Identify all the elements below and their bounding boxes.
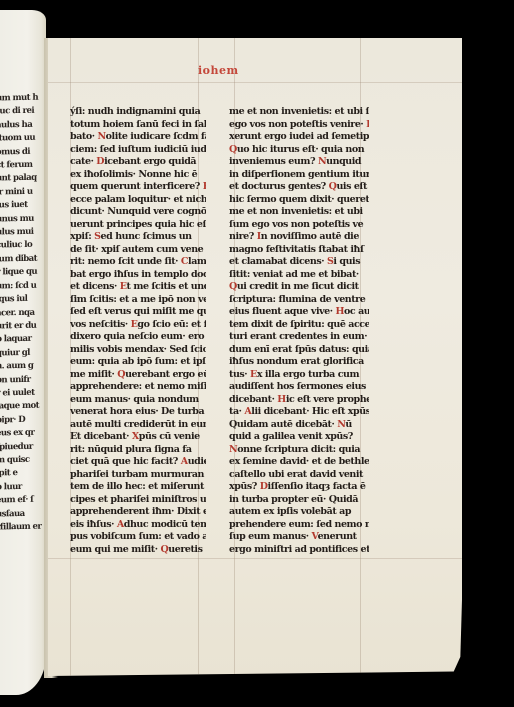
text-line: et dicens· Et me ſcitis et unde	[70, 281, 206, 294]
rubricated-initial: A	[117, 519, 124, 530]
rubricated-initial: E	[120, 281, 127, 292]
text-line: de ſit· xpiſ autem cum vene	[70, 244, 206, 257]
rubricated-initial: E	[203, 181, 206, 192]
text-line: eum: quia ab ipō ſum: et ipſe	[70, 356, 206, 369]
text-line: phariſei turbam murmuran	[70, 469, 206, 482]
text-line: apprehendere: et nemo miſit ī	[70, 381, 206, 394]
text-line: ſcriptura: flumina de ventre	[229, 294, 369, 307]
text-line: pus vobiſcum ſum: et vado ad	[70, 531, 206, 544]
text-line: vos neſcitis· Ego ſcio eū: et ſi	[70, 319, 206, 332]
left-page-line: culiuc lo	[0, 239, 46, 253]
rubricated-initial: N	[318, 156, 326, 167]
left-page-line: omus di	[0, 145, 46, 159]
text-line: apprehenderent iħm· Dixit ergo	[70, 506, 206, 519]
text-line: Quidam autē dicebāt· Nū	[229, 419, 369, 432]
text-line: Qui credit in me ſicut dicit	[229, 281, 369, 294]
text-line: tus· Ex illa ergo turba cum	[229, 369, 369, 382]
rubricated-initial: E	[131, 319, 138, 330]
text-line: inveniemus eum? Nunquid	[229, 156, 369, 169]
rubricated-initial: N	[229, 444, 237, 455]
text-line: in diſperſionem gentium iturus ē	[229, 169, 369, 182]
rubricated-initial: H	[277, 394, 286, 405]
left-page-line: eus ex qr	[0, 427, 46, 441]
text-line: totum hoiem ſanū feci in ſab	[70, 119, 206, 132]
rubricated-initial: Q	[229, 144, 237, 155]
left-page-line: r ei uulet	[0, 387, 46, 401]
text-line: prehendere eum: ſed nemo miſit	[229, 519, 369, 532]
text-line: cipes et phariſei miniſtros ut	[70, 494, 206, 507]
rubricated-initial: C	[181, 256, 188, 267]
left-page-line: um: ſcd u	[0, 279, 46, 293]
text-line: bat ergo iħſus in templo docēs	[70, 269, 206, 282]
ruling-line-top	[48, 82, 462, 83]
left-page-line: bipr· D	[0, 413, 46, 427]
left-page-text: um mut hIuc di reiaulus haituom uuomus d…	[0, 92, 46, 535]
left-page-line: ituom uu	[0, 132, 46, 146]
ruling-line-bottom	[48, 558, 462, 559]
rubricated-initial: N	[337, 419, 345, 430]
rubricated-initial: V	[312, 531, 318, 542]
text-line: tem dixit de ſpiritu: quē accep	[229, 319, 369, 332]
left-page-line: r lique qu	[0, 266, 46, 280]
left-page-line: ir mini u	[0, 185, 46, 199]
rubricated-initial: I	[257, 231, 261, 242]
left-page-line: pn unifr	[0, 373, 46, 387]
rubricated-initial: S	[94, 231, 100, 242]
rubricated-initial: A	[244, 406, 251, 417]
text-line: rit: nūquid plura ſigna fa	[70, 444, 206, 457]
rubricated-initial: D	[366, 119, 369, 130]
text-line: et clamabat dicens· Si quis	[229, 256, 369, 269]
text-line: magno feſtivitatis ſtabat iħſ	[229, 244, 369, 257]
left-page-line: n. aum g	[0, 360, 46, 374]
text-line: et docturus gentes? Quis eſt	[229, 181, 369, 194]
left-page-line: ium dibat	[0, 252, 46, 266]
left-page-line: unus mu	[0, 212, 46, 226]
text-line: in turba propter eū· Quidā	[229, 494, 369, 507]
facing-left-page: um mut hIuc di reiaulus haituom uuomus d…	[0, 10, 46, 695]
rubricated-initial: X	[132, 431, 139, 442]
text-line: ex iħoſolimis· Nonne hic ē	[70, 169, 206, 182]
text-line: ýſi: nudh indignamini quia	[70, 106, 206, 119]
text-line: eius fluent aque vive· Hoc au	[229, 306, 369, 319]
text-line: quem querunt interficere? Et	[70, 181, 206, 194]
left-page-line: ct ferum	[0, 159, 46, 173]
left-page-line: p luur	[0, 480, 46, 494]
text-line: ciem: ſed iuſtum iudiciū iudi	[70, 144, 206, 157]
text-line: uerunt principes quia hic eſt	[70, 219, 206, 232]
text-line: caſtello ubi erat david venit	[229, 469, 369, 482]
text-line: ſup eum manus· Venerunt	[229, 531, 369, 544]
text-line: turi erant credentes in eum· Nō	[229, 331, 369, 344]
left-page-line: rfillaum er	[0, 521, 46, 535]
text-line: iħſus nondum erat glorifica	[229, 356, 369, 369]
left-page-line: eum ef· ſ	[0, 494, 46, 508]
left-page-line: urit er du	[0, 319, 46, 333]
text-line: xpiſ: Sed hunc ſcimus un	[70, 231, 206, 244]
text-line: dicebant· Hic eſt vere prophe	[229, 394, 369, 407]
text-line: ſum ego vos non poteſtis ve	[229, 219, 369, 232]
text-column-a: ýſi: nudh indignamini quiatotum hoiem ſa…	[70, 106, 206, 556]
rubricated-initial: S	[327, 256, 333, 267]
left-page-line: aulus ha	[0, 118, 46, 132]
text-line: Quo hic iturus eſt· quia non	[229, 144, 369, 157]
left-page-line: m quisc	[0, 454, 46, 468]
text-line: me et non invenietis: et ubi	[229, 206, 369, 219]
text-line: Nonne ſcriptura dicit: quia	[229, 444, 369, 457]
manuscript-page: iohem ýſi: nudh indignamini quiatotum ho…	[48, 38, 462, 676]
text-line: eum manus· quia nondum	[70, 394, 206, 407]
text-line: me miſit· Querebant ergo eū	[70, 369, 206, 382]
text-line: ſim ſcitis: et a me ipō non veni;	[70, 294, 206, 307]
text-line: venerat hora eius· De turba	[70, 406, 206, 419]
rubricated-initial: D	[96, 156, 104, 167]
text-line: ciet quā que hic facit? Audierūt	[70, 456, 206, 469]
text-line: me et non invenietis: et ubi ſū	[229, 106, 369, 119]
text-line: ego vos non poteſtis venire· Di	[229, 119, 369, 132]
left-page-line: acer. nqa	[0, 306, 46, 320]
text-line: nire? In noviſſimo autē die	[229, 231, 369, 244]
left-page-line: Iuc di rei	[0, 105, 46, 119]
paper-stain	[468, 583, 514, 643]
text-line: ſitit: veniat ad me et bibat·	[229, 269, 369, 282]
left-page-line: ius iuet	[0, 199, 46, 213]
text-line: autē multi crediderūt in eum·	[70, 419, 206, 432]
text-line: eis iħſus· Adhuc modicū tem	[70, 519, 206, 532]
rubricated-initial: Q	[329, 181, 337, 192]
text-line: quid a galilea venit xpūs?	[229, 431, 369, 444]
text-line: cate· Dicebant ergo quidā	[70, 156, 206, 169]
rubricated-initial: E	[250, 369, 257, 380]
rubricated-initial: Q	[229, 281, 237, 292]
text-line: dixero quia neſcio eum· ero ſi	[70, 331, 206, 344]
rubricated-initial: D	[260, 481, 268, 492]
text-line: dum enī erat ſpūs datus: quia	[229, 344, 369, 357]
text-line: tem de illo hec: et miſerunt pri	[70, 481, 206, 494]
text-line: Et dicebant· Xpūs cū venie	[70, 431, 206, 444]
text-line: rit: nemo ſcit unde ſit· Clama	[70, 256, 206, 269]
text-line: audiſſent hos ſermones eius	[229, 381, 369, 394]
left-page-line: um mut h	[0, 92, 46, 106]
rubricated-initial: H	[335, 306, 344, 317]
text-line: autem ex ipſis volebāt ap	[229, 506, 369, 519]
left-page-line: ulus mui	[0, 226, 46, 240]
text-column-b: me et non invenietis: et ubi ſūego vos n…	[229, 106, 369, 556]
text-line: xerunt ergo iudei ad ſemetipſos·	[229, 131, 369, 144]
text-line: bato· Nolite iudicare ſcdm fa	[70, 131, 206, 144]
text-line: ergo miniſtri ad pontifices et	[229, 544, 369, 557]
text-line: ſed eſt verus qui miſit me quē	[70, 306, 206, 319]
left-page-line: unt palaq	[0, 172, 46, 186]
text-line: ex ſemine david· et de bethleem	[229, 456, 369, 469]
text-line: ecce palam loquitur· et nichil ei	[70, 194, 206, 207]
rubricated-initial: N	[97, 131, 105, 142]
left-page-line: fpiuedur	[0, 440, 46, 454]
rubricated-initial: Q	[160, 544, 168, 555]
rubricated-initial: A	[181, 456, 188, 467]
left-page-line: iqus iul	[0, 293, 46, 307]
left-page-line: p laquar	[0, 333, 46, 347]
left-page-line: usſaua	[0, 507, 46, 521]
text-line: hic ſermo quem dixit· queretis	[229, 194, 369, 207]
running-head: iohem	[198, 64, 238, 77]
rubricated-initial: Q	[117, 369, 125, 380]
left-page-line: quiur gl	[0, 346, 46, 360]
text-line: xpūs? Diſſenſio itaqȝ facta ē	[229, 481, 369, 494]
text-line: milis vobis mendax· Sed ſcio	[70, 344, 206, 357]
left-page-line: ipit e	[0, 467, 46, 481]
left-page-line: laque mot	[0, 400, 46, 414]
text-line: dicunt· Nunquid vere cognō	[70, 206, 206, 219]
text-line: ta· Alii dicebant· Hic eſt xpūs·	[229, 406, 369, 419]
text-line: eum qui me miſit· Queretis	[70, 544, 206, 557]
